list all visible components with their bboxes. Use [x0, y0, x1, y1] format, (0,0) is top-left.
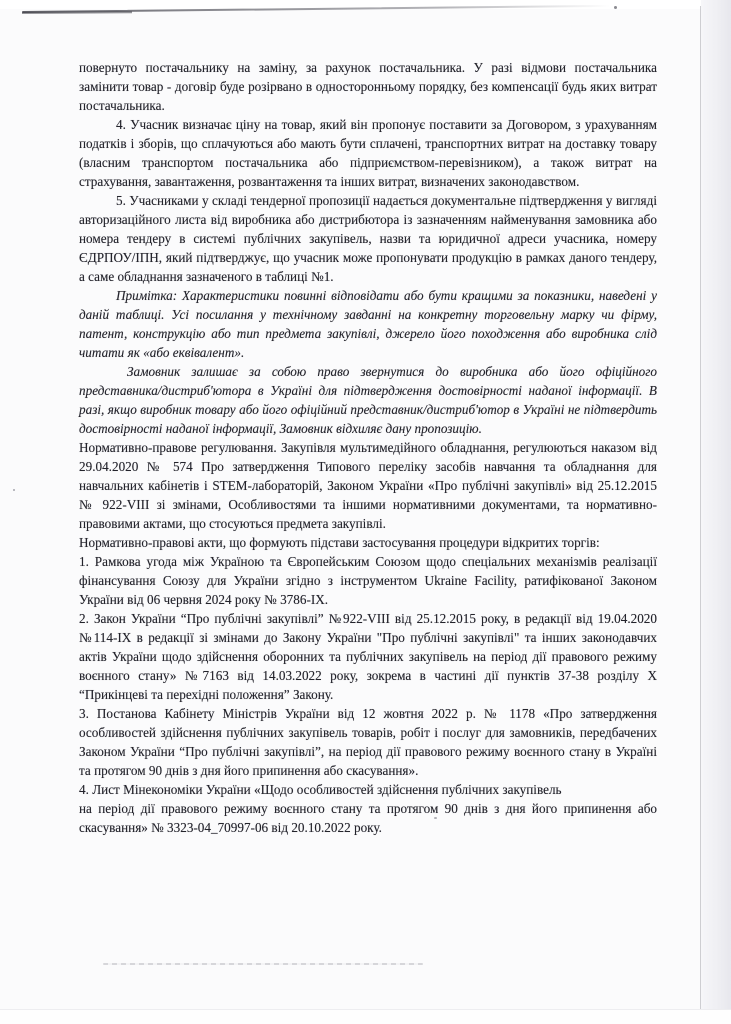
scanned-document-page: повернуто постачальнику на заміну, за ра…: [0, 0, 731, 1024]
scan-bottom-edge: [0, 1009, 731, 1024]
scan-right-edge-shading: [701, 0, 731, 1024]
document-text-block: повернуто постачальнику на заміну, за ра…: [79, 58, 657, 837]
continuation-paragraph: повернуто постачальнику на заміну, за ра…: [79, 58, 657, 115]
clause-4-paragraph: 4. Учасник визначає ціну на товар, який …: [79, 115, 657, 191]
legal-act-3: 3. Постанова Кабінету Міністрів України …: [79, 704, 657, 780]
clause-5-paragraph: 5. Учасниками у складі тендерної пропози…: [79, 191, 657, 286]
legal-acts-heading: Нормативно-правові акти, що формують під…: [79, 533, 657, 552]
scan-edge-top-line-left: [22, 11, 132, 14]
scan-speck: [614, 6, 617, 9]
scan-speck: [13, 489, 15, 491]
note-paragraph: Примітка: Характеристики повинні відпові…: [79, 286, 657, 362]
regulation-paragraph: Нормативно-правове регулювання. Закупівл…: [79, 438, 657, 533]
customer-right-paragraph: Замовник залишає за собою право звернути…: [79, 362, 657, 438]
scan-smudge-line: [103, 963, 423, 965]
legal-act-2: 2. Закон України “Про публічні закупівлі…: [79, 609, 657, 704]
scan-paper-right-edge: [700, 6, 701, 1016]
legal-act-4: 4. Лист Мінекономіки України «Щодо особл…: [79, 780, 657, 799]
legal-act-4-continuation: на період дії правового режиму воєнного …: [79, 799, 657, 837]
legal-act-1: 1. Рамкова угода між Україною та Європей…: [79, 552, 657, 609]
